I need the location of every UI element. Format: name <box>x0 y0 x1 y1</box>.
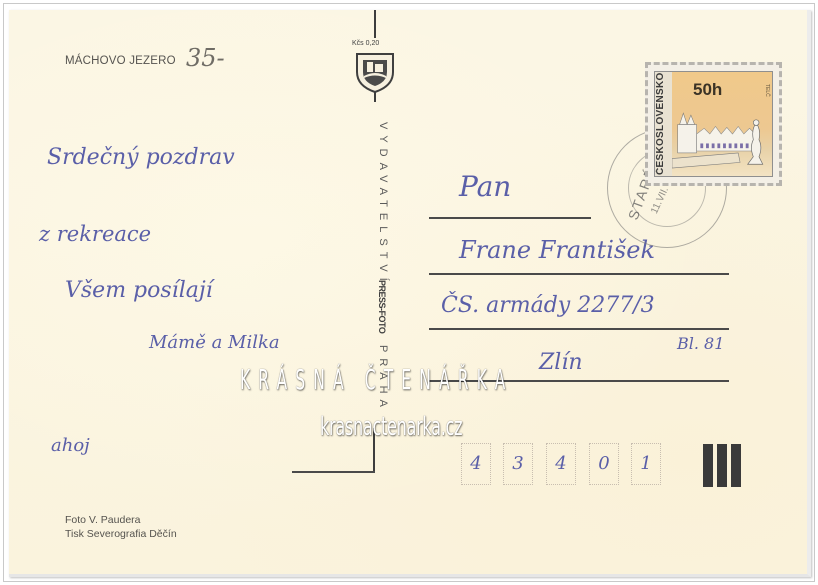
address-line-1: Pan <box>459 170 511 203</box>
zip-digit-3: 4 <box>546 443 576 485</box>
message-line-1: Srdečný pozdrav <box>47 145 235 170</box>
address-line-5: Bl. 81 <box>677 334 724 353</box>
bar-3 <box>731 444 741 487</box>
postage-stamp: ČESKOSLOVENSKO 50h TELČ <box>645 62 782 186</box>
zip-digit-1: 4 <box>461 443 491 485</box>
address-line-2: Frane František <box>459 236 655 264</box>
address-rule-3 <box>429 328 729 330</box>
logo-price: Kčs 0,20 <box>352 40 379 47</box>
watermark-url: krasnactenarka.cz <box>320 412 462 442</box>
divider-top <box>374 10 376 38</box>
divider-foot <box>292 471 375 473</box>
message-line-5: ahoj <box>51 435 90 456</box>
message-line-4: Mámě a Milka <box>149 332 280 353</box>
photo-credit: Foto V. Paudera <box>65 513 177 527</box>
bar-1 <box>703 444 713 487</box>
stamp-artwork: ČESKOSLOVENSKO 50h TELČ <box>654 71 773 177</box>
watermark-title: KRÁSNÁ ČTENÁŘKA <box>240 363 513 396</box>
bar-2 <box>717 444 727 487</box>
print-credit: Tisk Severografia Děčín <box>65 527 177 541</box>
address-rule-2 <box>429 273 729 275</box>
address-rule-1 <box>429 217 591 219</box>
message-line-3: Všem posílají <box>65 278 213 303</box>
zip-digit-4: 0 <box>589 443 619 485</box>
credits: Foto V. Paudera Tisk Severografia Děčín <box>65 513 177 541</box>
postcard-title: MÁCHOVO JEZERO <box>65 55 176 67</box>
address-line-3: ČS. armády 2277/3 <box>441 293 655 318</box>
address-line-4: Zlín <box>539 350 583 375</box>
publisher-label: VYDAVATELSTVÍ <box>369 122 389 287</box>
postcard: MÁCHOVO JEZERO 35- Kčs 0,20 VYDAVATELSTV… <box>9 10 811 577</box>
handwritten-price: 35- <box>186 44 225 72</box>
zip-digit-2: 3 <box>503 443 533 485</box>
press-foto-mark: PRESS-FOTO <box>371 280 387 350</box>
stamp-country: ČESKOSLOVENSKO <box>655 72 672 176</box>
tourism-logo-icon <box>349 42 401 94</box>
message-line-2: z rekreace <box>39 222 151 246</box>
stamp-town-square-icon <box>672 94 773 174</box>
zip-digit-5: 1 <box>631 443 661 485</box>
